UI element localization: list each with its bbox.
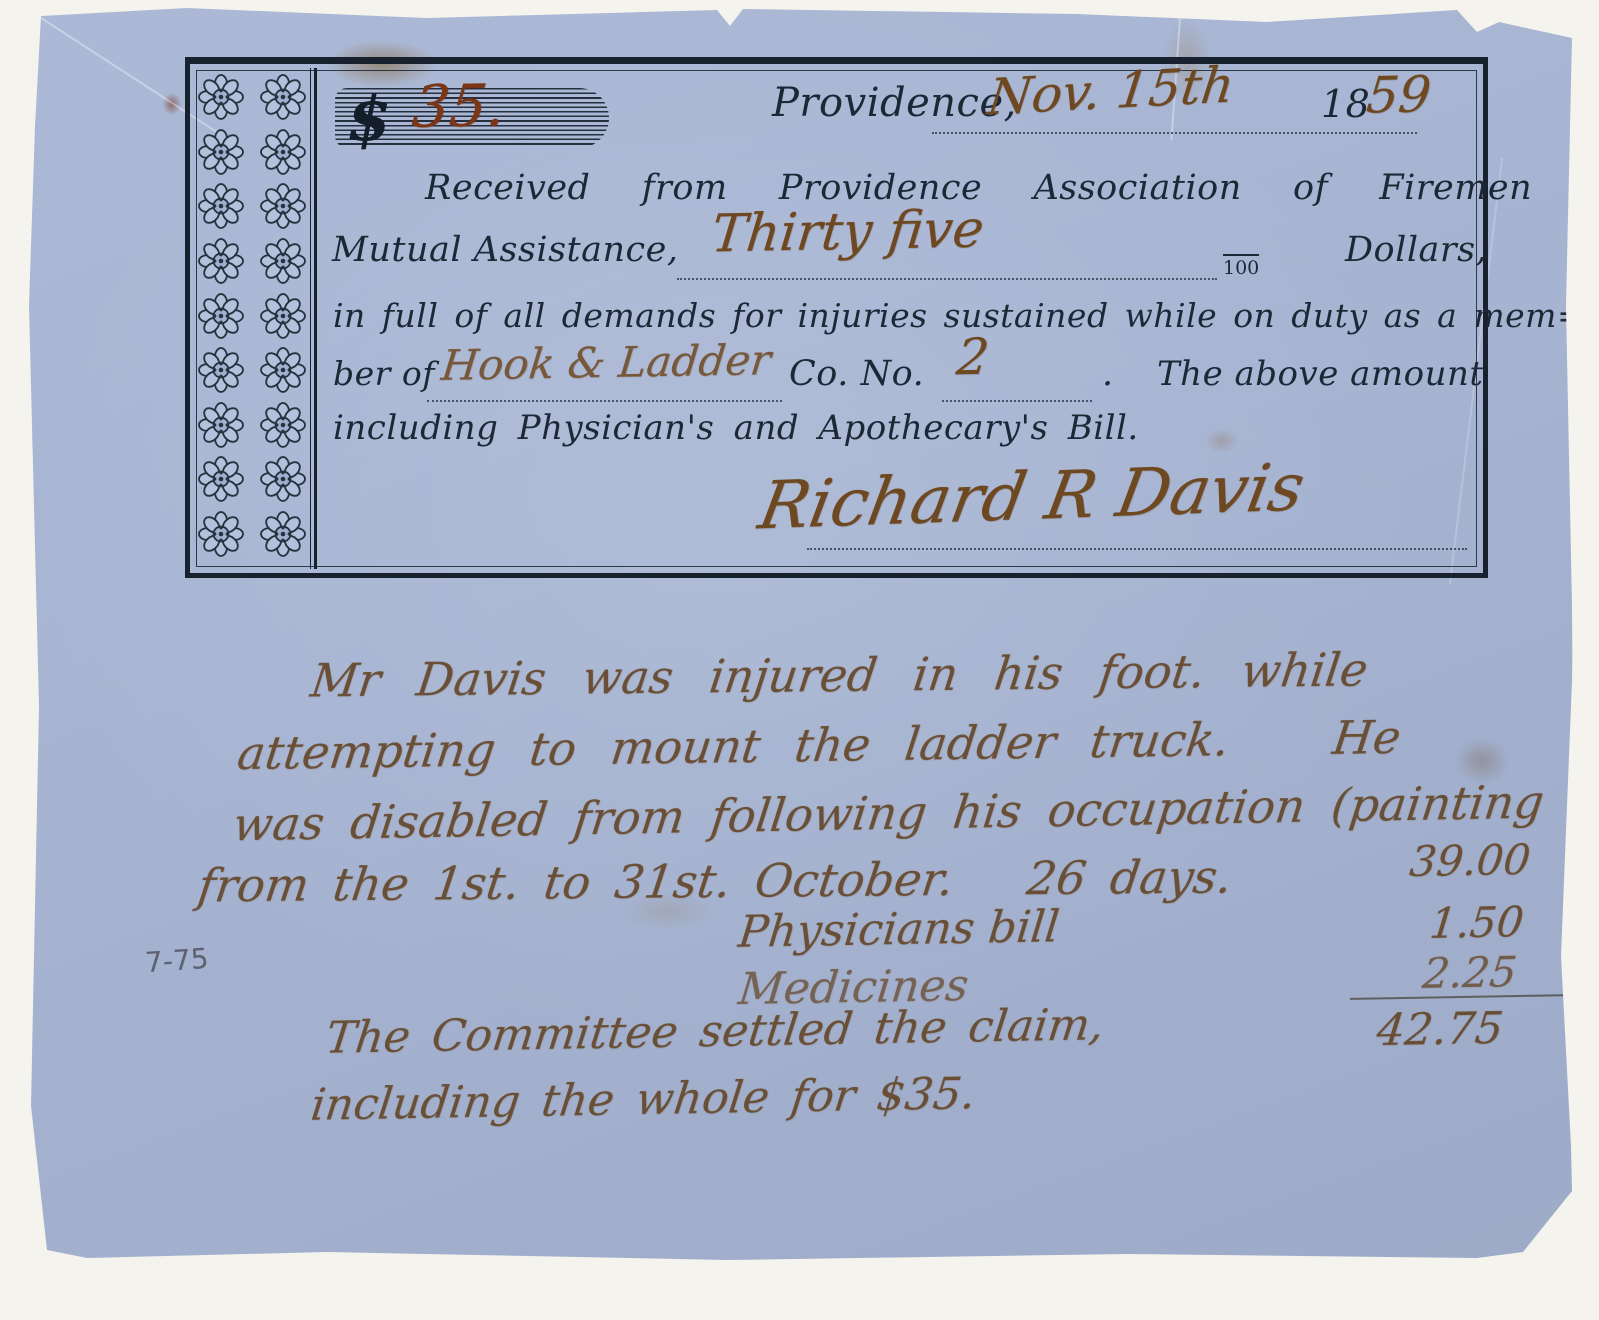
ornament-divider — [310, 68, 317, 569]
rosette-icon — [260, 238, 306, 284]
rosette-icon — [198, 293, 244, 339]
fraction-denominator: 100 — [1223, 254, 1259, 279]
place-label: Providence, — [772, 80, 1017, 126]
rosette-icon — [198, 456, 244, 502]
including-line: including Physician's and Apothecary's B… — [333, 408, 1139, 448]
co-no-label: Co. No. — [789, 354, 924, 394]
rosette-icon — [260, 511, 306, 557]
rosette-icon — [198, 129, 244, 175]
number-rule — [942, 400, 1092, 402]
amount-words-rule — [677, 278, 1217, 280]
amount-box: $ 35. — [335, 88, 609, 148]
company-rule — [427, 400, 782, 402]
dollars-label: Dollars, — [1345, 230, 1487, 270]
note-line-3: was disabled from following his occupati… — [230, 775, 1547, 852]
rosette-icon — [260, 129, 306, 175]
amount-words-handwritten: Thirty five — [709, 200, 987, 265]
pencil-margin-note: 7-75 — [144, 942, 210, 979]
note-physicians-bill: Physicians bill — [736, 901, 1062, 958]
date-rule — [932, 132, 1417, 134]
amount-physician: 1.50 — [1427, 897, 1526, 948]
note-line-2: attempting to mount the ladder truck. He — [235, 710, 1404, 780]
rosette-icon — [198, 347, 244, 393]
company-number-handwritten: 2 — [954, 328, 992, 387]
mutual-assistance-label: Mutual Assistance, — [332, 230, 678, 270]
amount-numeric-handwritten: 35. — [409, 71, 509, 141]
rosette-icon — [260, 74, 306, 120]
signature-rule — [807, 548, 1467, 550]
period-mark: . — [1102, 354, 1114, 394]
rosette-icon — [198, 238, 244, 284]
received-line: Received from Providence Association of … — [425, 168, 1599, 208]
ornament-column — [198, 74, 306, 563]
amount-medicines: 2.25 — [1420, 947, 1519, 998]
amount-days: 39.00 — [1407, 835, 1533, 886]
note-line-7: The Committee settled the claim, — [323, 999, 1107, 1064]
above-amount-line: The above amount — [1157, 354, 1484, 394]
rosette-icon — [198, 511, 244, 557]
amount-total: 42.75 — [1374, 1003, 1506, 1056]
note-line-1: Mr Davis was injured in his foot. while — [308, 642, 1371, 707]
rosette-icon — [198, 183, 244, 229]
rosette-icon — [260, 402, 306, 448]
rosette-icon — [260, 347, 306, 393]
rosette-icon — [260, 183, 306, 229]
note-line-4: from the 1st. to 31st. October. 26 days. — [195, 849, 1236, 912]
ber-of-label: ber of — [333, 354, 435, 393]
year-printed: 18 — [1321, 82, 1370, 126]
company-handwritten: Hook & Ladder — [439, 335, 773, 390]
year-handwritten: 59 — [1364, 65, 1434, 124]
rosette-icon — [198, 74, 244, 120]
rosette-icon — [260, 293, 306, 339]
rosette-icon — [198, 402, 244, 448]
document-paper: $ 35. Providence, Nov. 15th 18 59 Receiv… — [27, 6, 1572, 1262]
rosette-icon — [260, 456, 306, 502]
dollar-sign: $ — [347, 82, 390, 155]
note-line-8: including the whole for $35. — [308, 1068, 978, 1131]
